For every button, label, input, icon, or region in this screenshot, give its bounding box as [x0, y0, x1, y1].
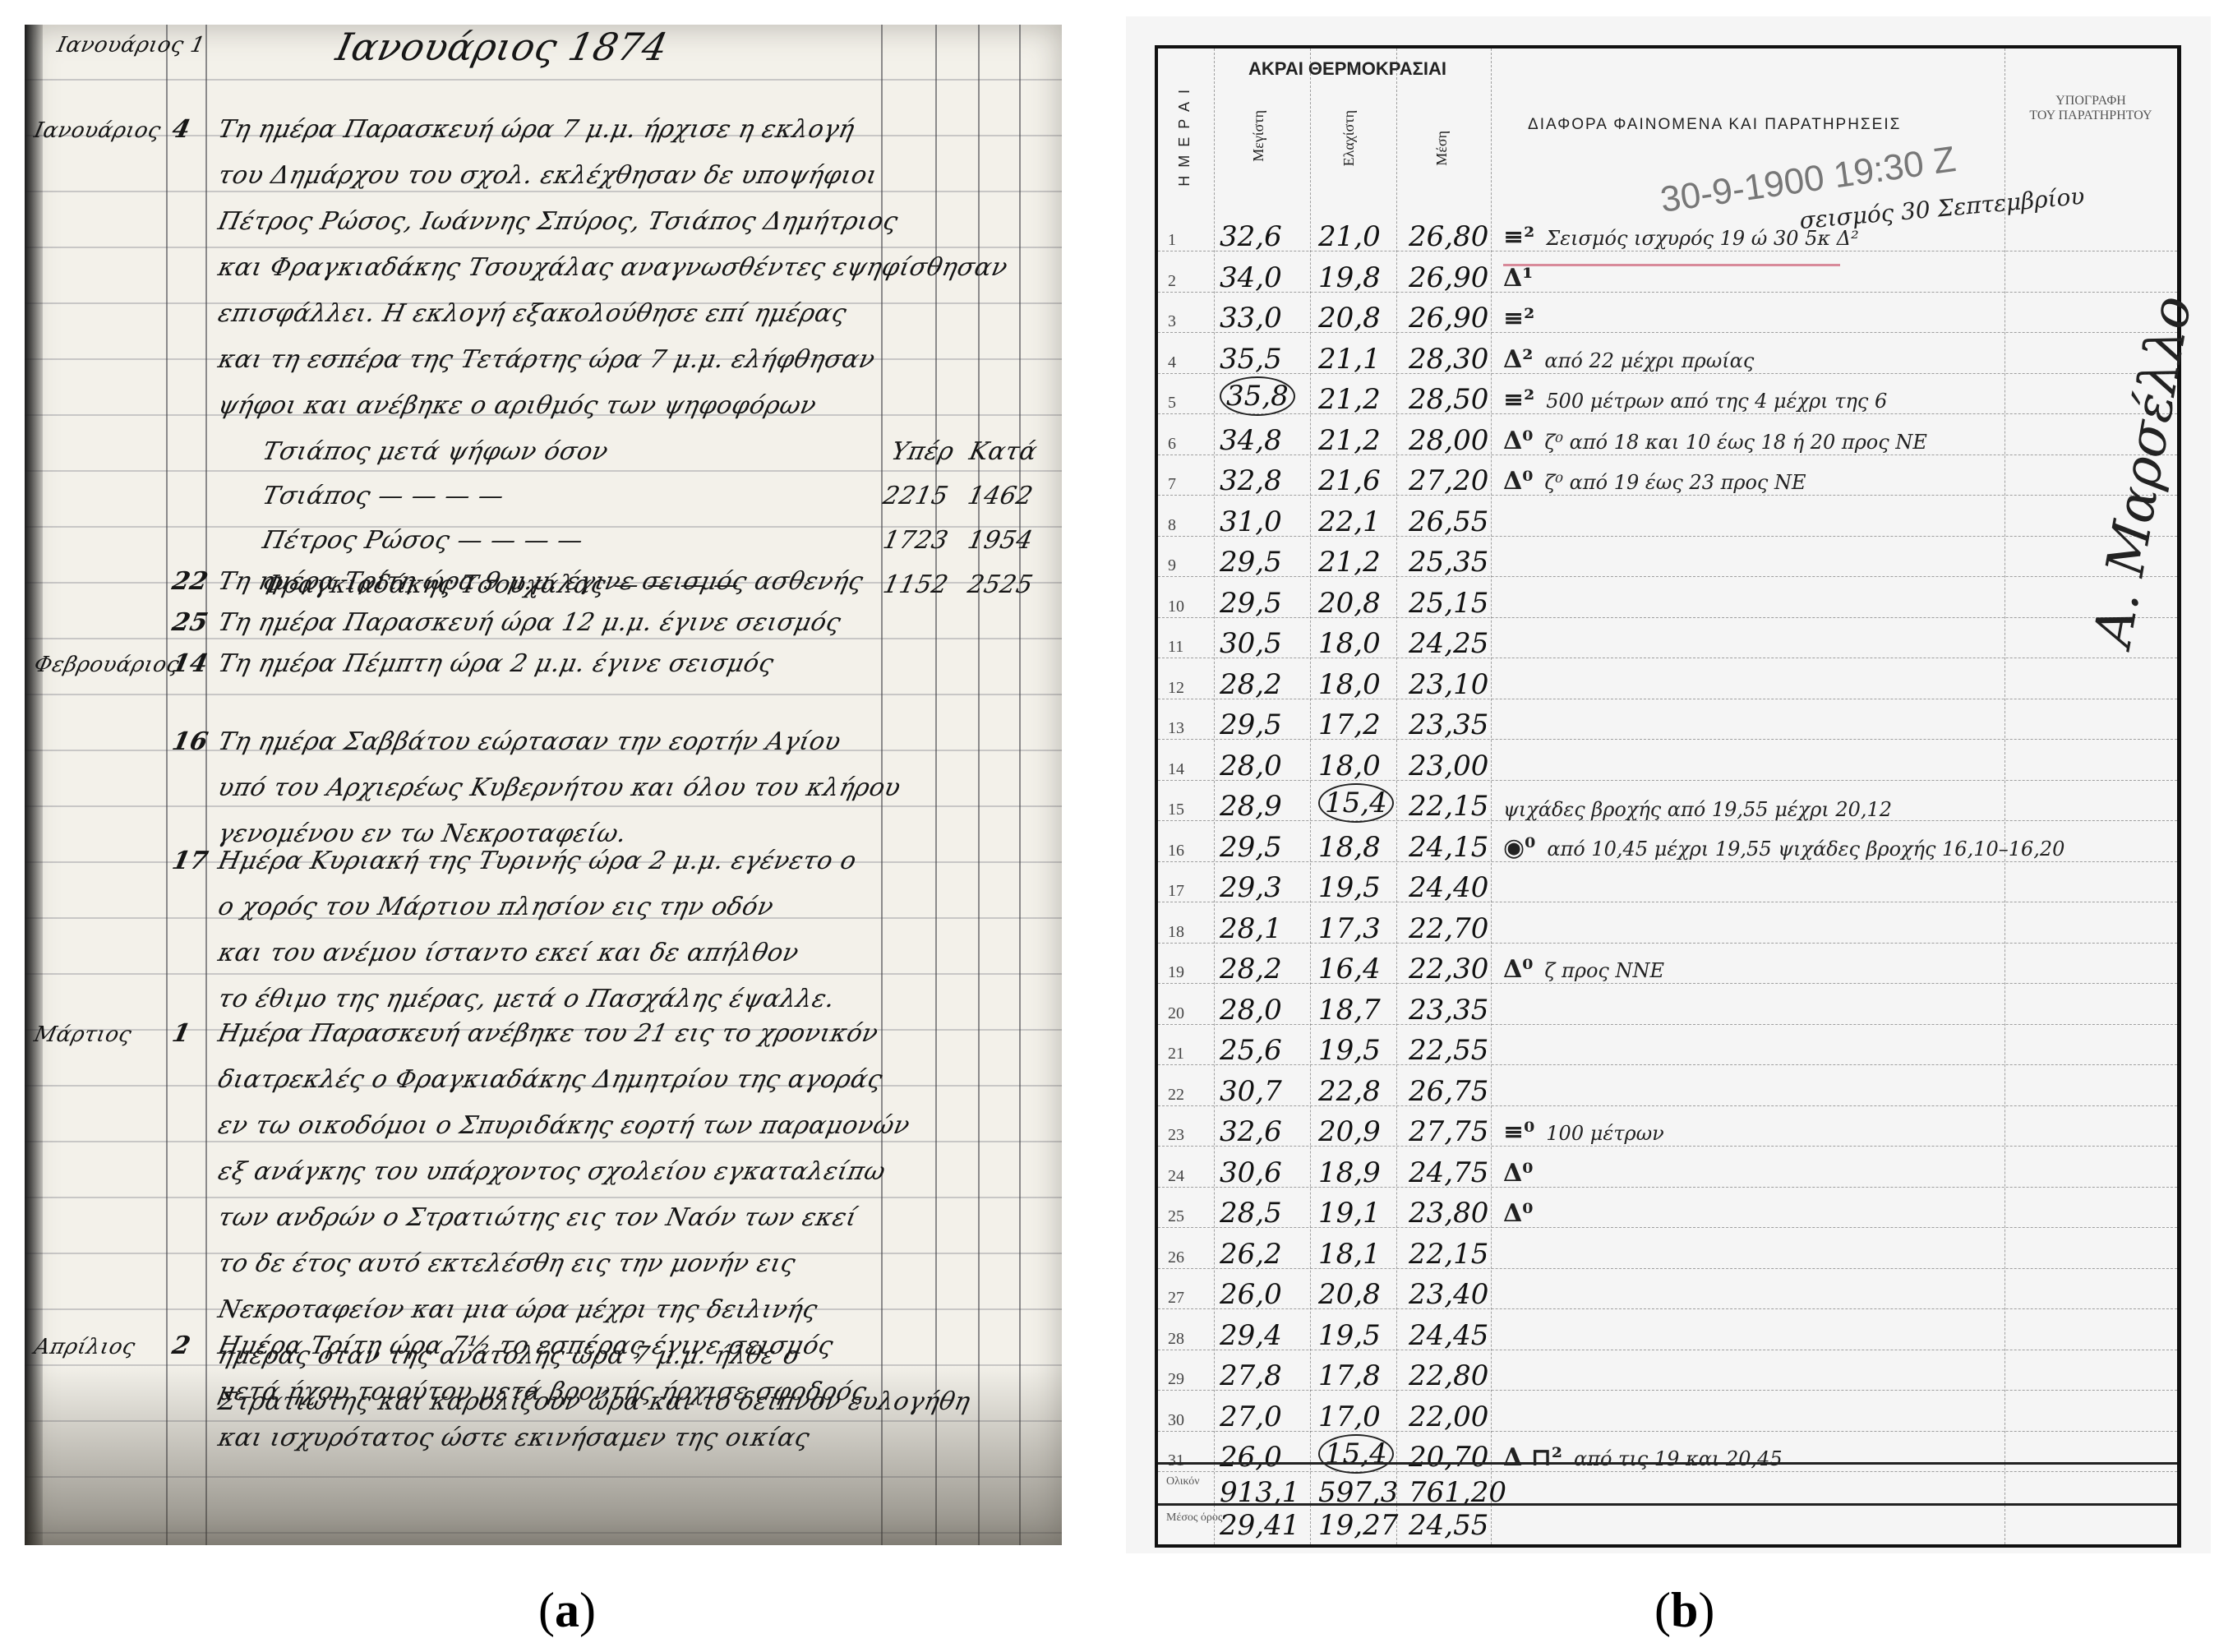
row-day: 1 [1168, 231, 1176, 250]
entry-text-line: των ανδρών ο Στρατιώτης εις τον Ναόν των… [215, 1203, 860, 1232]
table-row: 1928,216,422,30Δ⁰ζ προς ΝΝΕ [1158, 945, 2177, 990]
row-day: 8 [1168, 516, 1176, 535]
row-min-temp: 22,8 [1318, 1075, 1381, 1108]
row-day: 27 [1168, 1289, 1184, 1308]
weather-symbol-icon: Δ⁰ [1503, 467, 1533, 496]
panel-b-meteorological-form: ΗΜΕΡΑΙ ΑΚΡΑΙ ΘΕΡΜΟΚΡΑΣΙΑΙ Μεγίστη Ελαχίσ… [1126, 16, 2211, 1553]
row-rule [1158, 699, 2177, 699]
row-min-temp: 19,5 [1318, 1034, 1381, 1067]
row-day: 12 [1168, 679, 1184, 698]
row-min-temp: 15,4 [1318, 783, 1394, 823]
row-max-temp: 30,6 [1220, 1156, 1282, 1189]
row-day: 11 [1168, 638, 1183, 657]
table-row: 1329,517,223,35 [1158, 701, 2177, 746]
row-day: 17 [1168, 882, 1184, 901]
row-min-temp: 17,0 [1318, 1401, 1381, 1433]
row-max-temp: 28,9 [1220, 790, 1282, 823]
row-day: 28 [1168, 1330, 1184, 1349]
weather-symbol-icon: ≡⁰ [1503, 1118, 1534, 1147]
header-mean: Μέση [1433, 131, 1451, 166]
row-min-temp: 22,1 [1318, 505, 1381, 538]
row-phenomena: ≡² [1503, 304, 1546, 333]
row-mean-temp: 22,00 [1409, 1401, 1488, 1433]
table-row: 2028,018,723,35 [1158, 986, 2177, 1031]
row-max-temp: 35,8 [1220, 376, 1295, 416]
row-day: 15 [1168, 801, 1184, 819]
row-min-temp: 17,3 [1318, 912, 1381, 945]
row-max-temp: 30,5 [1220, 627, 1282, 660]
table-row: 2332,620,927,75≡⁰100 μέτρων [1158, 1108, 2177, 1153]
row-rule [1158, 1308, 2177, 1309]
row-mean-temp: 24,25 [1409, 627, 1488, 660]
weather-symbol-icon: Δ¹ [1503, 264, 1533, 293]
table-row: 132,621,026,80≡²Σεισμός ισχυρός 19 ώ 30 … [1158, 213, 2177, 258]
weather-symbol-icon: Δ² [1503, 345, 1533, 374]
row-max-temp: 27,0 [1220, 1401, 1282, 1433]
row-day: 19 [1168, 963, 1184, 982]
row-rule [1158, 332, 2177, 333]
row-phenomena: Δ⁰ζ⁰ από 18 και 10 έως 18 ή 20 προς ΝΕ [1503, 427, 1927, 455]
row-day: 2 [1168, 272, 1176, 291]
entry-day: 14 [169, 649, 210, 678]
row-max-temp: 29,5 [1220, 587, 1282, 620]
weather-symbol-icon: ≡² [1503, 385, 1534, 414]
table-row: 2726,020,823,40 [1158, 1271, 2177, 1316]
row-mean-temp: 23,35 [1409, 994, 1488, 1027]
table-row: 634,821,228,00Δ⁰ζ⁰ από 18 και 10 έως 18 … [1158, 417, 2177, 462]
weather-symbol-icon: ≡² [1503, 304, 1534, 333]
means-min: 19,27 [1318, 1509, 1398, 1542]
entry-text-line: Τη ημέρα Σαββάτου εώρτασαν την εορτήν Αγ… [215, 727, 843, 756]
entry-text-line: Ημέρα Παρασκευή ανέβηκε του 21 εις το χρ… [215, 1019, 881, 1048]
table-row: 2829,419,524,45 [1158, 1312, 2177, 1357]
row-max-temp: 28,2 [1220, 953, 1282, 985]
entry-text-line: Τη ημέρα Παρασκευή ώρα 7 μ.μ. ήρχισε η ε… [215, 115, 857, 144]
entry-text-line: Πέτρος Ρώσος, Ιωάννης Σπύρος, Τσιάπος Δη… [215, 207, 901, 236]
entry-text-line: Ημέρα Τρίτη ώρα 7½ το εσπέρας έγινε σεισ… [215, 1331, 836, 1360]
header-min: Ελαχίστη [1340, 110, 1358, 166]
row-mean-temp: 28,30 [1409, 343, 1488, 376]
weather-symbol-icon: Δ⁰ [1503, 955, 1533, 984]
row-rule [1158, 1146, 2177, 1147]
table-row: 2927,817,822,80 [1158, 1352, 2177, 1397]
header-signature-line1: ΥΠΟΓΡΑΦΗ [2021, 94, 2161, 108]
entry-text-line: και Φραγκιαδάκης Τσουχάλας αναγνωσθέντες… [215, 253, 1010, 282]
row-mean-temp: 22,15 [1409, 790, 1488, 823]
row-rule [1158, 739, 2177, 740]
row-max-temp: 35,5 [1220, 343, 1282, 376]
row-mean-temp: 23,80 [1409, 1197, 1488, 1230]
row-mean-temp: 24,15 [1409, 831, 1488, 864]
ledger-title: Ιανουάριος 1874 [332, 25, 671, 69]
entry-day: 25 [169, 608, 210, 637]
row-phenomena: ≡⁰100 μέτρων [1503, 1118, 1664, 1147]
weather-symbol-icon: ≡² [1503, 223, 1534, 251]
weather-symbol-icon: Δ⁰ [1503, 1199, 1533, 1228]
row-day: 14 [1168, 760, 1184, 779]
entry-text-line: ψήφοι και ανέβηκε ο αριθμός των ψηφοφόρω… [215, 391, 819, 420]
table-row: 2430,618,924,75Δ⁰ [1158, 1149, 2177, 1194]
table-row: 1629,518,824,15◉⁰από 10,45 μέχρι 19,55 ψ… [1158, 824, 2177, 869]
row-phenomena: Δ⁰ζ⁰ από 19 έως 23 προς ΝΕ [1503, 467, 1806, 496]
entry-text-line: γενομένου εν τω Νεκροταφείω. [215, 819, 629, 848]
entry-text-line: του Δημάρχου του σχολ. εκλέχθησαν δε υπο… [215, 161, 880, 190]
row-phenomena: Δ¹ [1503, 264, 1544, 293]
row-note: 100 μέτρων [1546, 1122, 1663, 1145]
row-day: 30 [1168, 1411, 1184, 1430]
row-max-temp: 31,0 [1220, 505, 1282, 538]
caption-a-letter: a [555, 1583, 579, 1637]
form-frame: ΗΜΕΡΑΙ ΑΚΡΑΙ ΘΕΡΜΟΚΡΑΣΙΑΙ Μεγίστη Ελαχίσ… [1155, 45, 2181, 1548]
table-row: 3027,017,022,00 [1158, 1393, 2177, 1438]
table-row: 2125,619,522,55 [1158, 1027, 2177, 1072]
entry-day: 1 [169, 1019, 193, 1048]
header-max: Μεγίστη [1250, 110, 1267, 162]
row-min-temp: 20,8 [1318, 587, 1381, 620]
entry-text-line: και ισχυρότατος ώστε εκινήσαμεν της οικί… [215, 1424, 812, 1452]
row-max-temp: 30,7 [1220, 1075, 1282, 1108]
caption-a: (a) [538, 1582, 596, 1639]
results-header-against: Κατά [966, 437, 1040, 466]
row-min-temp: 21,2 [1318, 546, 1381, 579]
row-min-temp: 20,8 [1318, 302, 1381, 335]
row-mean-temp: 25,35 [1409, 546, 1488, 579]
table-row: 1228,218,023,10 [1158, 661, 2177, 706]
result-votes-for: 2215 [880, 482, 951, 510]
table-row: 2528,519,123,80Δ⁰ [1158, 1189, 2177, 1234]
row-min-temp: 21,2 [1318, 383, 1381, 416]
entry-text-line: Τη ημέρα Τρίτη ώρα 9 μ.μ. έγινε σεισμός … [215, 567, 865, 596]
row-day: 23 [1168, 1126, 1184, 1145]
table-row: 732,821,627,20Δ⁰ζ⁰ από 19 έως 23 προς ΝΕ [1158, 457, 2177, 502]
result-candidate: Πέτρος Ρώσος — — — — [260, 526, 585, 555]
row-max-temp: 28,0 [1220, 994, 1282, 1027]
row-min-temp: 18,7 [1318, 994, 1381, 1027]
row-note: ζ προς ΝΝΕ [1544, 959, 1664, 982]
entry-day: 22 [169, 567, 210, 596]
totals-label: Ολικόν [1166, 1476, 1200, 1488]
header-days: ΗΜΕΡΑΙ [1176, 81, 1193, 187]
row-mean-temp: 26,75 [1409, 1075, 1488, 1108]
panel-a-handwritten-ledger: Ιανουάριος 1Ιανουάριος 1874Ιανουάριος4Τη… [25, 25, 1062, 1545]
row-rule [1158, 576, 2177, 577]
table-row: 1029,520,825,15 [1158, 579, 2177, 625]
page-edge-shadow [25, 25, 43, 1545]
row-max-temp: 29,5 [1220, 708, 1282, 741]
row-day: 24 [1168, 1167, 1184, 1186]
table-row: 2626,218,122,15 [1158, 1230, 2177, 1276]
row-mean-temp: 24,40 [1409, 871, 1488, 904]
row-min-temp: 19,5 [1318, 871, 1381, 904]
row-rule [1158, 1227, 2177, 1228]
row-max-temp: 29,5 [1220, 546, 1282, 579]
row-phenomena: ◉⁰από 10,45 μέχρι 19,55 ψιχάδες βροχής 1… [1503, 833, 2064, 862]
row-max-temp: 27,8 [1220, 1359, 1282, 1392]
row-day: 7 [1168, 475, 1176, 494]
row-mean-temp: 23,35 [1409, 708, 1488, 741]
row-rule [1158, 902, 2177, 902]
row-note: 500 μέτρων από της 4 μέχρι της 6 [1546, 390, 1887, 413]
row-mean-temp: 22,15 [1409, 1238, 1488, 1271]
row-max-temp: 28,5 [1220, 1197, 1282, 1230]
results-header-label: Τσιάπος μετά ψήφων όσον [260, 437, 611, 466]
row-min-temp: 17,8 [1318, 1359, 1381, 1392]
row-min-temp: 19,8 [1318, 261, 1381, 294]
weather-symbol-icon: ◉⁰ [1503, 833, 1535, 862]
entry-text-line: ο χορός του Μάρτιου πλησίον εις την οδόν [215, 893, 776, 921]
row-day: 26 [1168, 1248, 1184, 1267]
row-min-temp: 20,8 [1318, 1278, 1381, 1311]
row-day: 6 [1168, 435, 1176, 454]
row-rule [1158, 983, 2177, 984]
entry-day: 2 [169, 1331, 193, 1360]
row-phenomena: Δ⁰ζ προς ΝΝΕ [1503, 955, 1664, 984]
row-day: 9 [1168, 556, 1176, 575]
row-day: 13 [1168, 719, 1184, 738]
row-day: 22 [1168, 1086, 1184, 1105]
row-min-temp: 18,8 [1318, 831, 1381, 864]
row-min-temp: 21,0 [1318, 220, 1381, 253]
row-min-temp: 19,1 [1318, 1197, 1381, 1230]
results-header-for: Υπέρ [888, 437, 957, 466]
table-row: 1528,915,422,15ψιχάδες βροχής από 19,55 … [1158, 782, 2177, 828]
means-row: Μέσος όρος 29,41 19,27 24,55 [1158, 1503, 2177, 1547]
entry-text-line: Νεκροταφείον και μια ώρα μέχρι της δειλι… [215, 1295, 820, 1324]
caption-b-letter: b [1671, 1583, 1698, 1637]
table-row: 1729,319,524,40 [1158, 864, 2177, 909]
row-mean-temp: 24,45 [1409, 1319, 1488, 1352]
entry-text-line: εξ ανάγκης του υπάρχοντος σχολείου εγκατ… [215, 1157, 888, 1186]
result-votes-for: 1723 [880, 526, 951, 555]
entry-text-line: και του ανέμου ίσταντο εκεί και δε απήλθ… [215, 939, 801, 967]
row-mean-temp: 27,20 [1409, 464, 1488, 497]
row-day: 21 [1168, 1045, 1184, 1064]
row-max-temp: 32,6 [1220, 220, 1282, 253]
table-row: 234,019,826,90Δ¹ [1158, 254, 2177, 299]
table-row: 1130,518,024,25 [1158, 620, 2177, 665]
row-phenomena: Δ⁰ [1503, 1199, 1544, 1228]
entry-text-line: εν τω οικοδόμοι ο Σπυριδάκης εορτή των π… [215, 1111, 912, 1140]
caption-b: (b) [1654, 1582, 1714, 1639]
row-mean-temp: 23,40 [1409, 1278, 1488, 1311]
row-min-temp: 21,6 [1318, 464, 1381, 497]
entry-text-line: μετά ήχου τοιούτου μετά βροντής ήρχισε σ… [215, 1377, 870, 1406]
row-max-temp: 32,6 [1220, 1115, 1282, 1148]
row-day: 18 [1168, 923, 1184, 942]
row-min-temp: 18,0 [1318, 627, 1381, 660]
entry-month-margin: Ιανουάριος [32, 118, 164, 143]
entry-day: 16 [169, 727, 210, 756]
entry-month-margin: Φεβρουάριος [32, 653, 182, 677]
table-row: 435,521,128,30Δ²από 22 μέχρι πρωίας [1158, 335, 2177, 381]
row-min-temp: 18,1 [1318, 1238, 1381, 1271]
table-row: 1428,018,023,00 [1158, 742, 2177, 787]
row-rule [1158, 1105, 2177, 1106]
row-min-temp: 18,9 [1318, 1156, 1381, 1189]
row-min-temp: 21,1 [1318, 343, 1381, 376]
row-phenomena: Δ⁰ [1503, 1159, 1544, 1188]
table-row: 2230,722,826,75 [1158, 1068, 2177, 1113]
row-day: 29 [1168, 1370, 1184, 1389]
row-note: ζ⁰ από 19 έως 23 προς ΝΕ [1544, 471, 1806, 494]
row-mean-temp: 27,75 [1409, 1115, 1488, 1148]
entry-day: 4 [169, 115, 193, 144]
row-mean-temp: 26,90 [1409, 261, 1488, 294]
table-row: 535,821,228,50≡²500 μέτρων από της 4 μέχ… [1158, 376, 2177, 421]
row-min-temp: 16,4 [1318, 953, 1381, 985]
row-max-temp: 32,8 [1220, 464, 1282, 497]
row-day: 5 [1168, 394, 1176, 413]
entry-month-margin: Μάρτιος [32, 1022, 134, 1047]
row-note: ζ⁰ από 18 και 10 έως 18 ή 20 προς ΝΕ [1544, 431, 1926, 454]
row-max-temp: 29,5 [1220, 831, 1282, 864]
row-rule [1158, 1268, 2177, 1269]
weather-symbol-icon: Δ⁰ [1503, 1159, 1533, 1188]
row-max-temp: 29,3 [1220, 871, 1282, 904]
header-extreme-temperatures: ΑΚΡΑΙ ΘΕΡΜΟΚΡΑΣΙΑΙ [1248, 58, 1446, 80]
entry-text-line: Ημέρα Κυριακή της Τυρινής ώρα 2 μ.μ. εγέ… [215, 847, 859, 875]
row-day: 3 [1168, 312, 1176, 331]
row-rule [1158, 1064, 2177, 1065]
row-min-temp: 18,0 [1318, 668, 1381, 701]
row-mean-temp: 25,15 [1409, 587, 1488, 620]
result-votes-for: 1152 [880, 570, 951, 599]
row-mean-temp: 22,80 [1409, 1359, 1488, 1392]
row-max-temp: 34,8 [1220, 424, 1282, 457]
row-phenomena: Δ²από 22 μέχρι πρωίας [1503, 345, 1754, 374]
entry-day: 17 [169, 847, 210, 875]
row-min-temp: 20,9 [1318, 1115, 1381, 1148]
entry-text-line: διατρεκλές ο Φραγκιαδάκης Δημητρίου της … [215, 1065, 885, 1094]
ledger-margin-line [205, 25, 207, 1545]
entry-text-line: Τη ημέρα Παρασκευή ώρα 12 μ.μ. έγινε σει… [215, 608, 843, 637]
header-signature-line2: ΤΟΥ ΠΑΡΑΤΗΡΗΤΟΥ [2021, 108, 2161, 123]
means-max: 29,41 [1220, 1509, 1299, 1542]
entry-text-line: και τη εσπέρα της Τετάρτης ώρα 7 μ.μ. ελ… [215, 345, 878, 374]
row-mean-temp: 22,30 [1409, 953, 1488, 985]
row-mean-temp: 22,55 [1409, 1034, 1488, 1067]
row-min-temp: 21,2 [1318, 424, 1381, 457]
row-rule [1158, 1024, 2177, 1025]
result-candidate: Τσιάπος — — — — [260, 482, 506, 510]
row-mean-temp: 23,10 [1409, 668, 1488, 701]
top-margin-note: Ιανουάριος 1 [55, 33, 208, 58]
row-mean-temp: 23,00 [1409, 750, 1488, 782]
row-min-temp: 19,5 [1318, 1319, 1381, 1352]
row-max-temp: 26,2 [1220, 1238, 1282, 1271]
row-note: από 10,45 μέχρι 19,55 ψιχάδες βροχής 16,… [1547, 838, 2064, 861]
table-row: 1828,117,322,70 [1158, 905, 2177, 950]
row-rule [1158, 943, 2177, 944]
row-max-temp: 28,1 [1220, 912, 1282, 945]
row-max-temp: 25,6 [1220, 1034, 1282, 1067]
means-mean: 24,55 [1409, 1509, 1488, 1542]
row-rule [1158, 617, 2177, 618]
row-rule [1158, 1187, 2177, 1188]
row-min-temp: 17,2 [1318, 708, 1381, 741]
row-max-temp: 28,0 [1220, 750, 1282, 782]
ledger-margin-line [166, 25, 168, 1545]
table-row: 929,521,225,35 [1158, 538, 2177, 584]
row-max-temp: 34,0 [1220, 261, 1282, 294]
table-row: 831,022,126,55 [1158, 498, 2177, 543]
row-mean-temp: 24,75 [1409, 1156, 1488, 1189]
row-max-temp: 28,2 [1220, 668, 1282, 701]
row-day: 10 [1168, 598, 1184, 616]
result-votes-against: 1462 [965, 482, 1036, 510]
header-signature: ΥΠΟΓΡΑΦΗ ΤΟΥ ΠΑΡΑΤΗΡΗΤΟΥ [2021, 94, 2161, 123]
row-mean-temp: 22,70 [1409, 912, 1488, 945]
row-rule [1158, 292, 2177, 293]
entry-text-line: το έθιμο της ημέρας, μετά ο Πασχάλης έψα… [215, 985, 837, 1013]
row-day: 16 [1168, 842, 1184, 861]
row-rule [1158, 658, 2177, 658]
header-phenomena: ΔΙΑΦΟΡΑ ΦΑΙΝΟΜΕΝΑ ΚΑΙ ΠΑΡΑΤΗΡΗΣΕΙΣ [1528, 116, 1901, 134]
row-note: από 22 μέχρι πρωίας [1544, 349, 1754, 372]
row-phenomena: ≡²Σεισμός ισχυρός 19 ώ 30 5κ Δ² [1503, 223, 1859, 251]
result-votes-against: 2525 [965, 570, 1036, 599]
result-votes-against: 1954 [965, 526, 1036, 555]
weather-symbol-icon: Δ⁰ [1503, 427, 1533, 455]
entry-text-line: το δε έτος αυτό εκτελέσθη εις την μονήν … [215, 1249, 798, 1278]
row-mean-temp: 28,50 [1409, 383, 1488, 416]
row-note: ψιχάδες βροχής από 19,55 μέχρι 20,12 [1503, 798, 1892, 821]
row-max-temp: 29,4 [1220, 1319, 1282, 1352]
row-min-temp: 18,0 [1318, 750, 1381, 782]
row-note: Σεισμός ισχυρός 19 ώ 30 5κ Δ² [1546, 227, 1858, 250]
row-mean-temp: 26,55 [1409, 505, 1488, 538]
row-rule [1158, 1390, 2177, 1391]
row-max-temp: 26,0 [1220, 1278, 1282, 1311]
row-day: 20 [1168, 1004, 1184, 1023]
entry-text-line: υπό του Αρχιερέως Κυβερνήτου και όλου το… [215, 773, 903, 802]
row-day: 4 [1168, 353, 1176, 372]
entry-text-line: Τη ημέρα Πέμπτη ώρα 2 μ.μ. έγινε σεισμός [215, 649, 777, 678]
row-day: 25 [1168, 1207, 1184, 1226]
row-max-temp: 33,0 [1220, 302, 1282, 335]
row-mean-temp: 26,90 [1409, 302, 1488, 335]
entry-month-margin: Απρίλιος [32, 1335, 138, 1359]
entry-text-line: επισφάλλει. Η εκλογή εξακολούθησε επί ημ… [215, 299, 849, 328]
row-rule [1158, 1431, 2177, 1432]
row-rule [1158, 1350, 2177, 1350]
row-phenomena: ≡²500 μέτρων από της 4 μέχρι της 6 [1503, 385, 1887, 414]
row-rule [1158, 780, 2177, 781]
row-mean-temp: 28,00 [1409, 424, 1488, 457]
row-phenomena: ψιχάδες βροχής από 19,55 μέχρι 20,12 [1503, 798, 1892, 821]
ledger-column-line [1019, 25, 1021, 1545]
row-mean-temp: 26,80 [1409, 220, 1488, 253]
means-label: Μέσος όρος [1166, 1512, 1222, 1524]
row-rule [1158, 536, 2177, 537]
table-row: 333,020,826,90≡² [1158, 294, 2177, 339]
